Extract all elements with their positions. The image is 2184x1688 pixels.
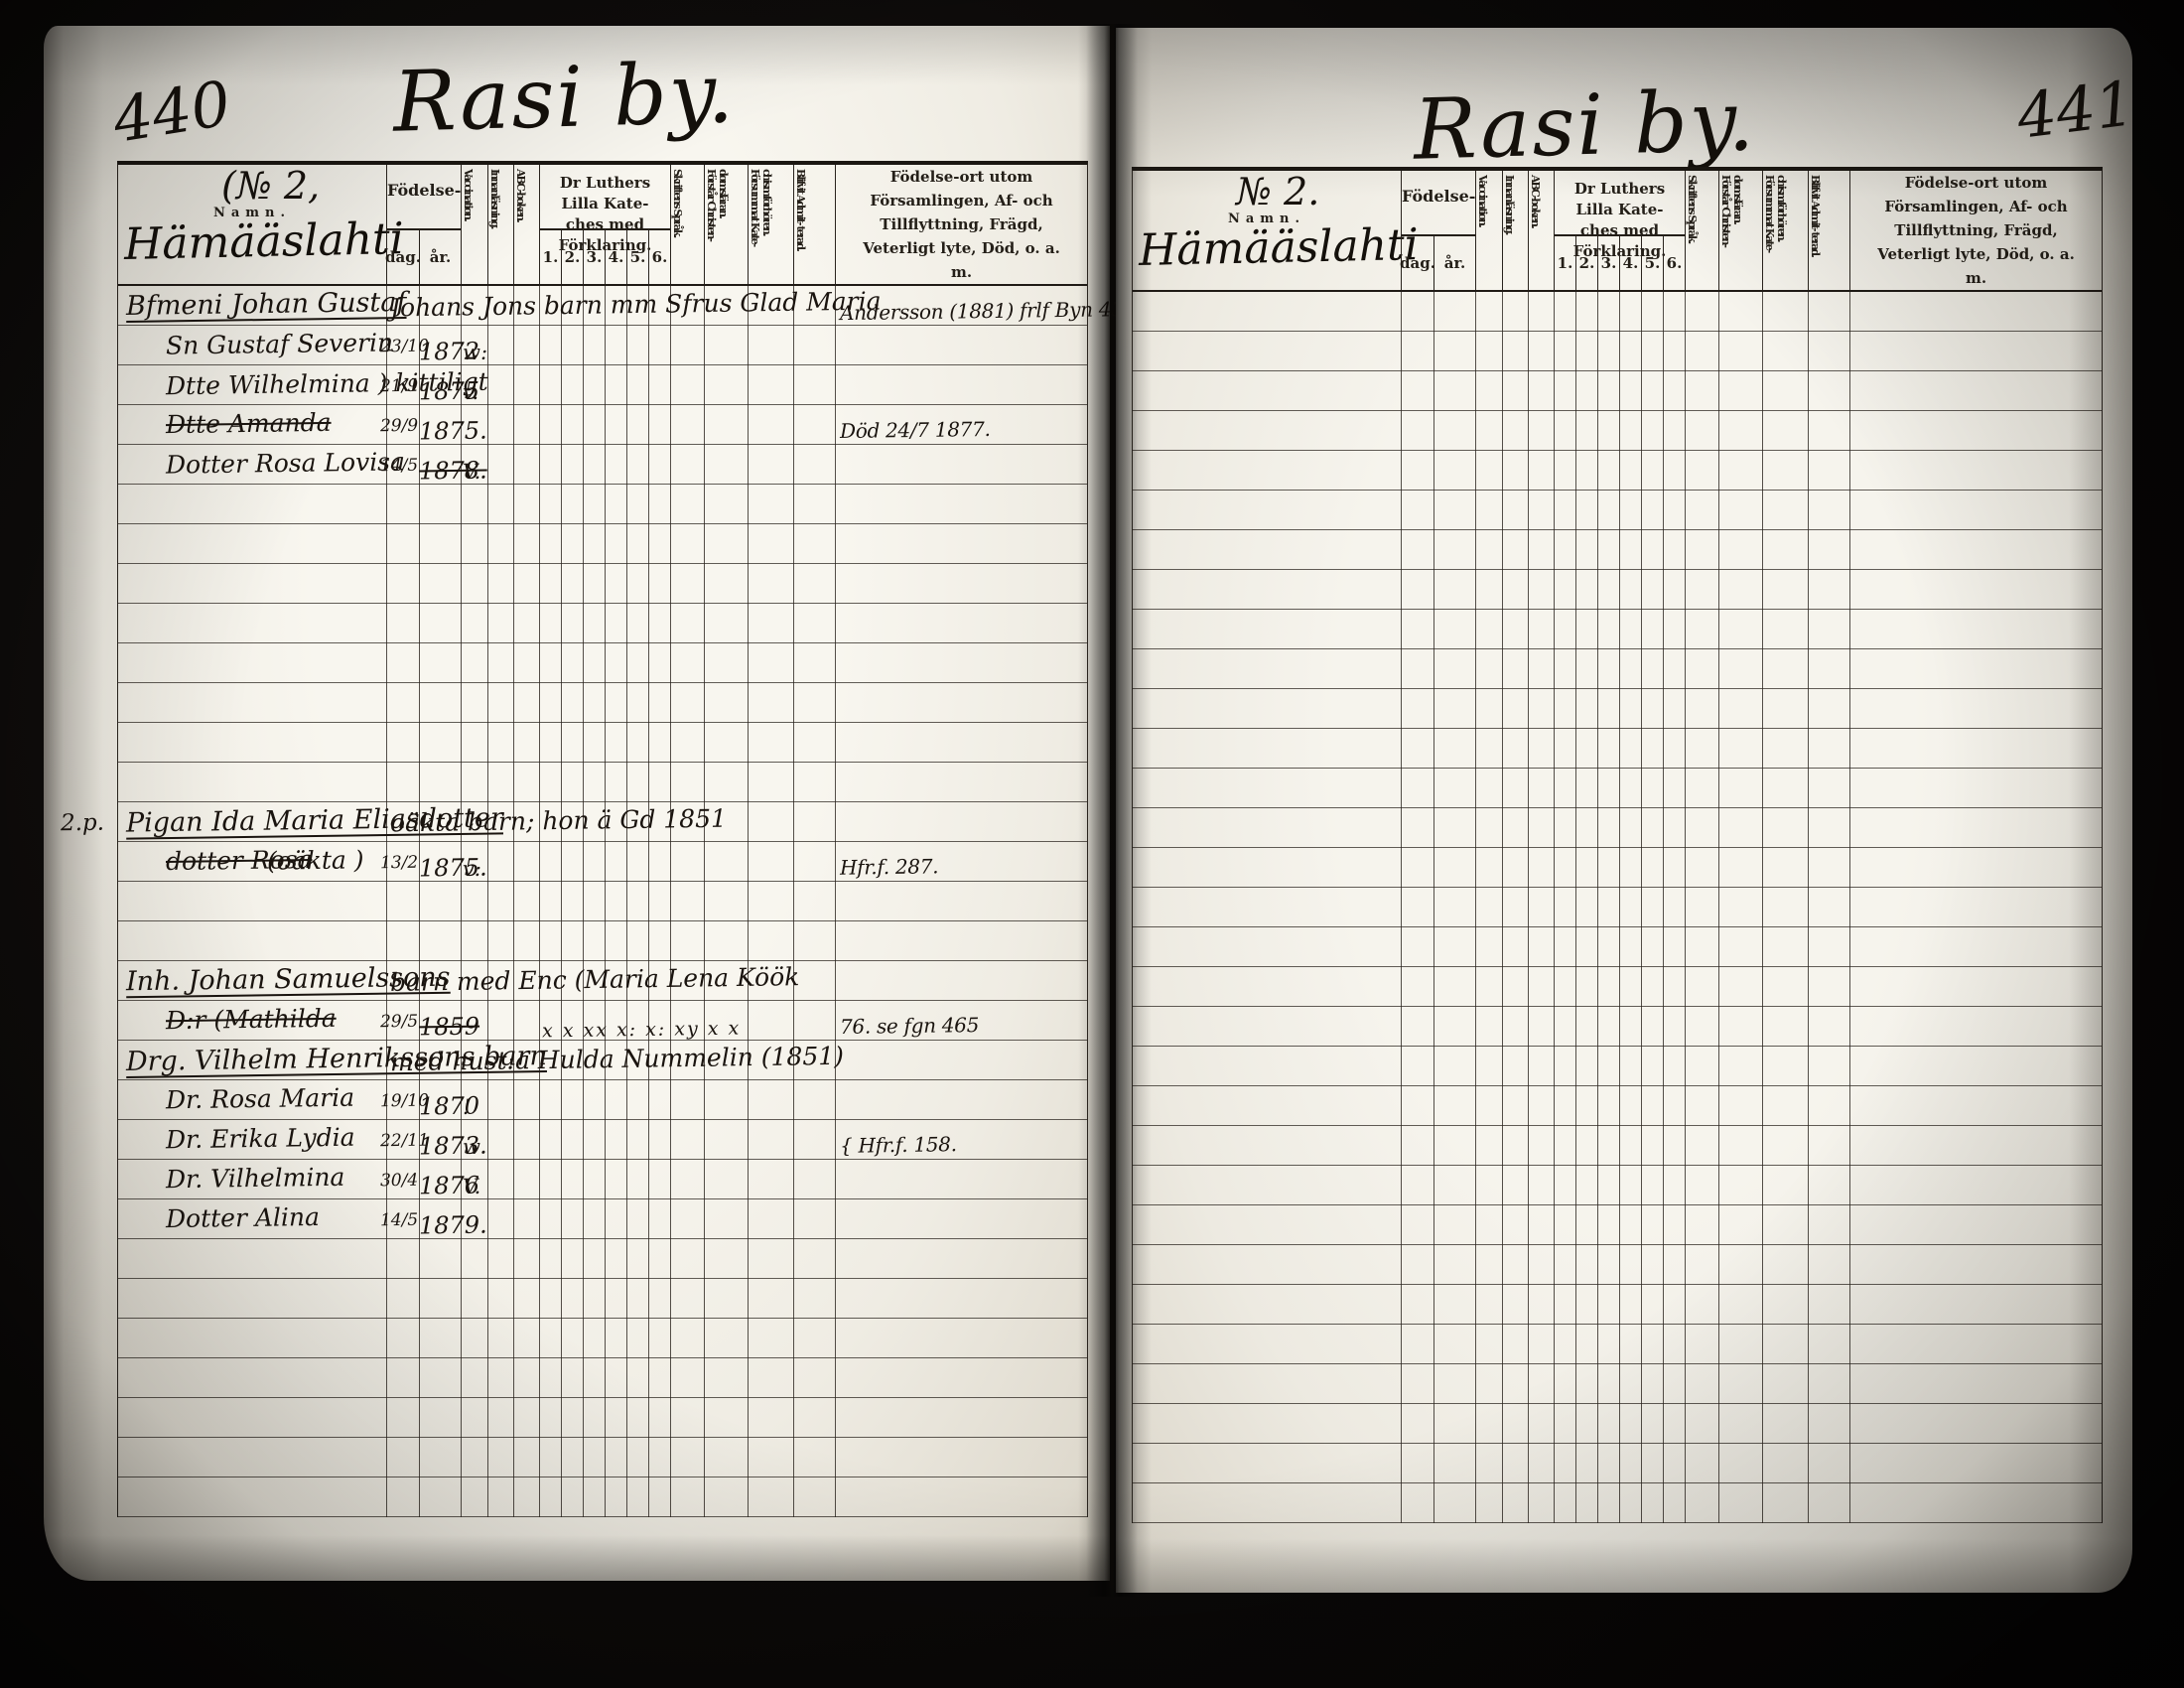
- entry-vaccination-mark: V.: [463, 1172, 481, 1201]
- abc-label: ABC-boken.: [1529, 175, 1541, 290]
- catechism-sub-1: 1.: [1555, 236, 1575, 290]
- missed-exams-label: Försummat Kate- chismförhören.: [749, 169, 772, 284]
- birth-day-label: dag.: [1402, 236, 1434, 290]
- entry-birth-day: 14/5: [380, 458, 418, 476]
- catechism-sub-2: 2.: [1575, 236, 1597, 290]
- entry-birth-day: 21/9: [380, 378, 418, 396]
- entry-name: Bfmeni Johan Gustaf: [126, 288, 407, 322]
- catechism-column-header: Dr Luthers Lilla Kate- ches med Förklari…: [539, 165, 670, 284]
- reading-column-header: Innanläsning.: [1502, 171, 1528, 290]
- abc-label: ABC-boken.: [514, 169, 526, 284]
- vaccination-label: Vaccination.: [1476, 175, 1488, 290]
- entry-note: Andersson (1881) frlf Byn 435.: [840, 294, 1142, 328]
- handwritten-entries-right: [1133, 292, 2102, 1523]
- catechism-sub-4: 4.: [605, 230, 626, 284]
- abc-column-header: ABC-boken.: [1528, 171, 1554, 290]
- entry-birth-day: 23/10: [380, 339, 418, 356]
- entry-birth-day: 13/2: [380, 855, 418, 873]
- scanned-book-spread: 440 Rasi by. (№ 2, Namn. Hämääslahti Föd…: [0, 0, 2184, 1688]
- entry-name: Dtte Amanda: [166, 408, 332, 440]
- household-number: (№ 2,: [221, 167, 320, 205]
- script-language-column-header: Skriftens Språk.: [670, 165, 704, 284]
- page-number-right: 441: [2014, 72, 2138, 148]
- admitted-label: Blifvit Admit- terad.: [794, 169, 806, 284]
- reading-column-header: Innanläsning.: [487, 165, 513, 284]
- catechism-subcolumns: 1. 2. 3. 4. 5. 6.: [1555, 234, 1685, 290]
- entry-birth-day: 29/9: [380, 418, 418, 436]
- entry-note: Hfr.f. 287.: [840, 851, 939, 882]
- catechism-sub-6: 6.: [1663, 236, 1685, 290]
- entry-continuation: med hust:a Hulda Nummelin (1851): [390, 1042, 844, 1077]
- vaccination-column-header: Vaccination.: [461, 165, 487, 284]
- birth-subheader: dag. år.: [1402, 234, 1475, 290]
- notes-column-header: Födelse-ort utom Församlingen, Af- och T…: [835, 165, 1087, 284]
- entry-birth-day: 29/5: [380, 1014, 418, 1032]
- catechism-sub-6: 6.: [648, 230, 670, 284]
- entry-birth-day: 30/4: [380, 1173, 418, 1191]
- entry-birth-day: 22/11: [380, 1133, 418, 1151]
- birth-day-label: dag.: [387, 230, 420, 284]
- birth-subheader: dag. år.: [387, 228, 461, 284]
- entry-birth-year: 1875.: [419, 416, 487, 447]
- entry-name: Dr. Erika Lydia: [166, 1123, 355, 1156]
- birth-column-header: Födelse- dag. år.: [1401, 171, 1475, 290]
- birth-column-header: Födelse- dag. år.: [386, 165, 461, 284]
- entry-vaccination-mark: v:: [463, 854, 481, 884]
- birth-year-label: år.: [1434, 236, 1475, 290]
- page-number-left: 440: [109, 72, 235, 152]
- catechism-sub-3: 3.: [583, 230, 605, 284]
- entry-name: Sn Gustaf Severin: [166, 328, 394, 360]
- entry-vaccination-mark: !: [463, 1092, 472, 1122]
- village-heading-left: Rasi by.: [392, 51, 737, 144]
- entry-birth-day: 14/5: [380, 1212, 418, 1230]
- entry-name: Dotter Rosa Lovisa: [166, 447, 405, 480]
- book-page-right: 441 Rasi by. № 2. Namn. Hämääslahti Föde…: [1116, 28, 2132, 1593]
- script-language-label: Skriftens Språk.: [671, 169, 683, 284]
- admitted-label: Blifvit Admit- terad.: [1809, 175, 1821, 290]
- entry-catechism-marks: x x xx x: x: xy x x: [542, 1014, 742, 1047]
- register-table-left: (№ 2, Namn. Hämääslahti Födelse- dag. år…: [117, 161, 1088, 1517]
- catechism-sub-5: 5.: [1641, 236, 1663, 290]
- vaccination-column-header: Vaccination.: [1475, 171, 1502, 290]
- entry-name: Dr. Rosa Maria: [166, 1083, 354, 1116]
- catechism-subcolumns: 1. 2. 3. 4. 5. 6.: [540, 228, 670, 284]
- admitted-column-header: Blifvit Admit- terad.: [1808, 171, 1849, 290]
- entry-note: { Hfr.f. 158.: [840, 1129, 957, 1161]
- entry-name-suffix: (oäkta ): [267, 845, 364, 876]
- script-language-column-header: Skriftens Språk.: [1685, 171, 1718, 290]
- household-number: № 2.: [1236, 173, 1319, 211]
- missed-exams-column-header: Försummat Kate- chismförhören.: [1762, 171, 1808, 290]
- admitted-column-header: Blifvit Admit- terad.: [793, 165, 835, 284]
- reading-label: Innanläsning.: [488, 169, 500, 284]
- entry-name: D:r (Mathilda: [166, 1004, 337, 1036]
- name-column-header: (№ 2, Namn. Hämääslahti: [118, 165, 386, 284]
- birth-label: Födelse-: [387, 183, 461, 199]
- entry-note: 76. se fgn 465: [840, 1010, 979, 1042]
- entry-note: Död 24/7 1877.: [840, 414, 991, 446]
- catechism-sub-2: 2.: [561, 230, 583, 284]
- book-page-left: 440 Rasi by. (№ 2, Namn. Hämääslahti Föd…: [44, 26, 1110, 1581]
- village-name-handwritten: Hämääslahti: [1139, 223, 1420, 273]
- village-heading-right: Rasi by.: [1413, 78, 1757, 172]
- entry-birth-day: 19/10: [380, 1093, 418, 1111]
- understands-column-header: Förstår Christen- domsläran.: [704, 165, 748, 284]
- understands-label: Förstår Christen- domsläran.: [1719, 175, 1743, 290]
- handwritten-entries-left: Bfmeni Johan GustafJohans Jons barn mm S…: [118, 286, 1087, 1517]
- entry-name: Dr. Vilhelmina: [166, 1163, 345, 1196]
- catechism-sub-4: 4.: [1619, 236, 1641, 290]
- table-header-right: № 2. Namn. Hämääslahti Födelse- dag. år.…: [1133, 171, 2102, 292]
- entry-vaccination-mark: v.: [463, 377, 478, 407]
- birth-year-label: år.: [420, 230, 461, 284]
- catechism-column-header: Dr Luthers Lilla Kate- ches med Förklari…: [1554, 171, 1685, 290]
- missed-exams-column-header: Försummat Kate- chismförhören.: [748, 165, 793, 284]
- missed-exams-label: Försummat Kate- chismförhören.: [1763, 175, 1787, 290]
- entry-continuation: barn med Enc (Maria Lena Köök: [390, 962, 800, 998]
- name-column-header: № 2. Namn. Hämääslahti: [1133, 171, 1401, 290]
- vaccination-label: Vaccination.: [462, 169, 474, 284]
- table-body-left: Bfmeni Johan GustafJohans Jons barn mm S…: [118, 286, 1087, 1517]
- catechism-sub-5: 5.: [626, 230, 648, 284]
- reading-label: Innanläsning.: [1503, 175, 1515, 290]
- table-body-right: [1133, 292, 2102, 1523]
- village-name-handwritten: Hämääslahti: [124, 217, 405, 267]
- script-language-label: Skriftens Språk.: [1686, 175, 1698, 290]
- entry-vaccination-mark: w: [463, 1132, 480, 1162]
- register-table-right: № 2. Namn. Hämääslahti Födelse- dag. år.…: [1132, 167, 2103, 1523]
- entry-continuation: Johans Jons barn mm Sfrus Glad Maria: [390, 287, 882, 324]
- table-header-left: (№ 2, Namn. Hämääslahti Födelse- dag. år…: [118, 165, 1087, 286]
- entry-vaccination-mark: V.: [463, 457, 481, 487]
- entry-vaccination-mark: w:: [463, 338, 487, 367]
- abc-column-header: ABC-boken.: [513, 165, 539, 284]
- entry-margin-mark: 2.p.: [61, 808, 104, 839]
- entry-name: Dotter Alina: [166, 1202, 320, 1234]
- entry-birth-year: 1879.: [419, 1210, 487, 1241]
- understands-column-header: Förstår Christen- domsläran.: [1718, 171, 1762, 290]
- catechism-sub-3: 3.: [1597, 236, 1619, 290]
- understands-label: Förstår Christen- domsläran.: [705, 169, 729, 284]
- entry-continuation: oäkta barn; hon ä Gd 1851: [390, 804, 727, 839]
- entry-birth-year: 1859: [419, 1012, 479, 1043]
- notes-column-header: Födelse-ort utom Församlingen, Af- och T…: [1849, 171, 2102, 290]
- birth-label: Födelse-: [1402, 189, 1475, 205]
- catechism-sub-1: 1.: [540, 230, 561, 284]
